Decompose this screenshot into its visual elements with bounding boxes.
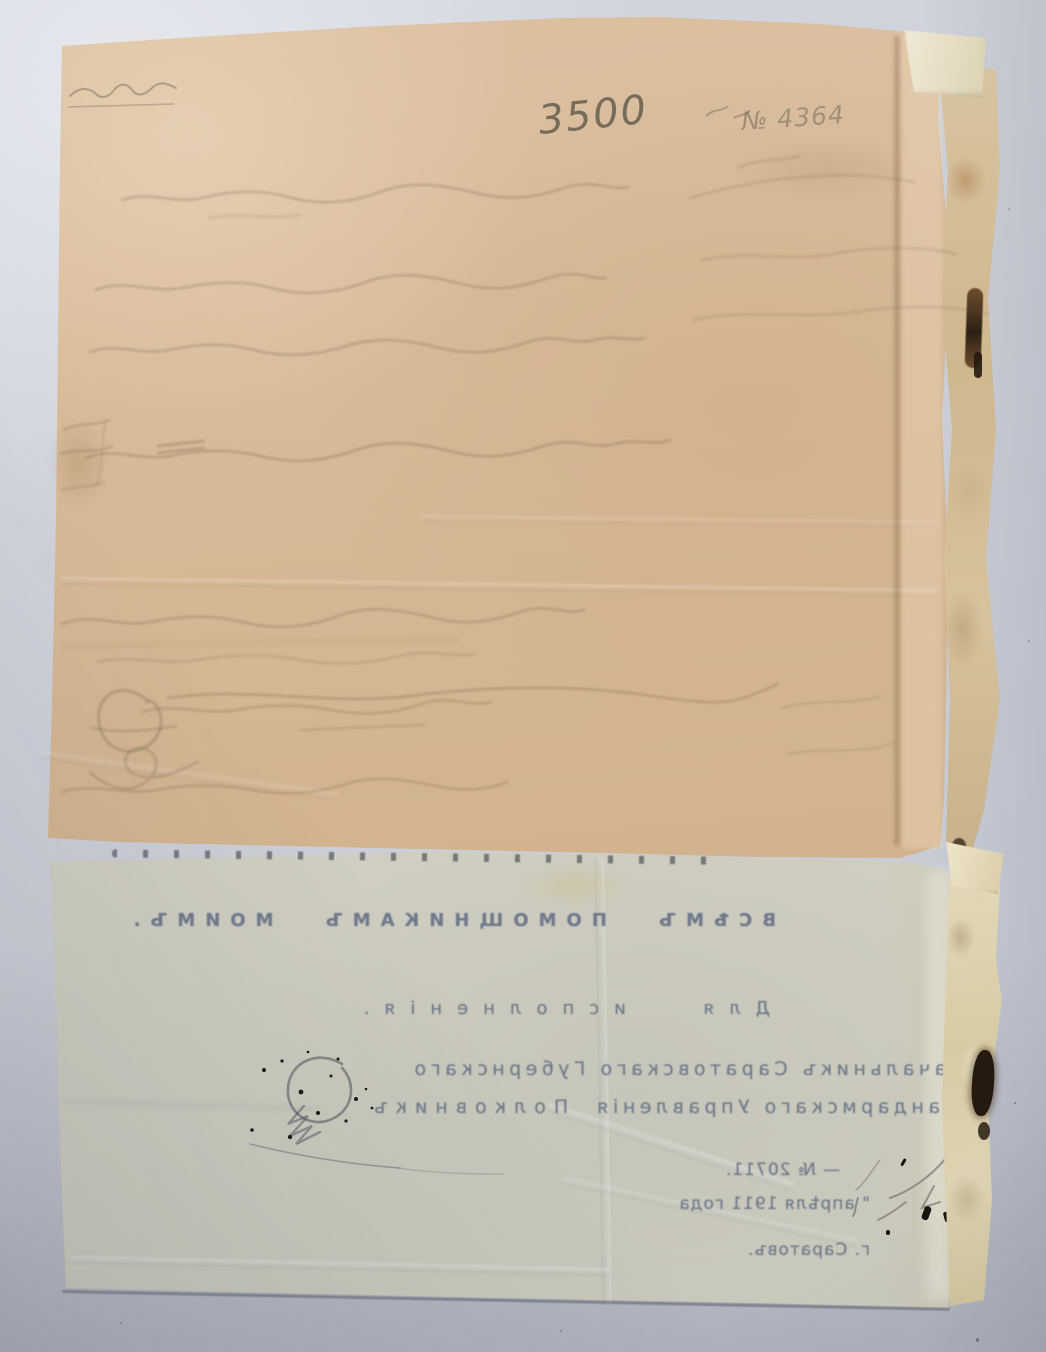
bleedthrough-handwriting [0,0,1046,1352]
crease [60,577,938,597]
dust-speck [897,1234,902,1241]
typed-chief-unit: Жандармскаго Управленія [593,1096,965,1118]
paper-flap-top [904,30,988,98]
dark-blot-small [978,1122,990,1140]
pencil-total: 3500 [536,87,650,144]
dust-speck [560,1330,562,1332]
dark-blot [970,1049,997,1116]
typed-document-sheet-verso [0,0,1046,1352]
dust-speck [976,1338,979,1342]
typed-chief-rank: Полковникъ [366,1096,568,1118]
dust-speck [1028,640,1030,642]
typed-line-date: " апрѣля 1911 года [632,1194,870,1214]
photo-vignette [0,0,1046,1352]
paper-flap-bottom [944,840,1006,896]
dust-speck [1008,208,1010,210]
pencil-flourish [856,1150,952,1220]
brown-streak-small [974,352,982,378]
tape-remnant-right [942,872,1004,1308]
paper-sheen [926,870,952,1300]
dark-spot [952,838,966,854]
typed-line-number: — № 20711. [706,1160,840,1180]
crease [562,1177,857,1247]
crease [60,637,460,650]
crease [594,858,612,1304]
signature-loop [288,1058,351,1122]
handwritten-day-mark [853,1198,858,1216]
ink-specks [250,1051,373,1140]
dust-speck [1014,1102,1016,1104]
typed-line-chief-1: Начальникъ Саратовскаго Губернскаго [390,1058,965,1080]
obscured-type-fragments [112,849,712,864]
tan-document-sheet-verso [0,0,1046,1352]
brown-streak [965,288,984,369]
signature-tail-thin [398,1168,504,1174]
dust-speck [207,1238,210,1241]
sheet-edge-shadow [62,1290,950,1311]
fold-light-band [902,34,942,849]
pencil-underline-top-left [68,104,174,107]
dust-speck [120,1322,122,1324]
ink-signature-and-marks [0,0,1046,1352]
stain [48,418,108,510]
dust-speck [740,1292,743,1297]
smudge [735,138,915,200]
pencil-squiggle [706,106,750,118]
pencil-word-top-left [70,83,176,97]
crease [62,1097,322,1112]
typed-line-city: г. Саратовъ. [700,1240,870,1260]
typed-line-chief-2: Жандармскаго Управленія Полковникъ [288,1096,965,1118]
crease [545,1102,795,1192]
stain [520,864,630,908]
typed-line-recipients: ВСѢМЪ ПОМОЩНИКАМЪ МОИМЪ. [238,910,776,931]
torn-tape-strip-right [936,52,1002,854]
pencil-number: № 4364 [738,100,845,136]
signature-tail [250,1144,400,1168]
crease [420,515,940,526]
photo-of-documents: ВСѢМЪ ПОМОЩНИКАМЪ МОИМЪ. Для исполненія.… [0,0,1046,1352]
ink-blot-specks [886,1158,950,1235]
signature-zigzag [288,1106,320,1144]
fold-shadow-line [894,36,900,846]
crease [41,751,339,801]
crease [70,1256,610,1276]
pencil-annotations: 3500 № 4364 [0,0,1046,1352]
typed-line-execution: Для исполненія. [330,998,770,1019]
